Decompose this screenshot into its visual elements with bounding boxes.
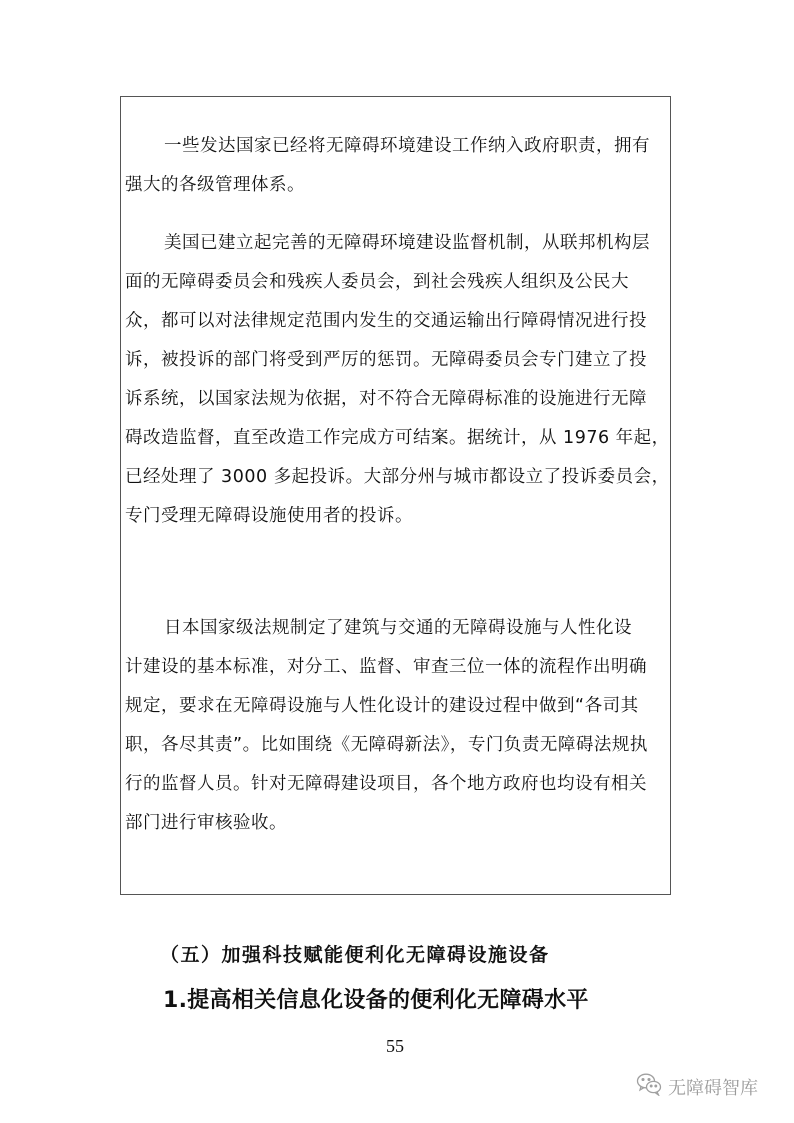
section-heading: （五）加强科技赋能便利化无障碍设施设备: [160, 940, 550, 967]
text-line: 诉，被投诉的部门将受到严厉的惩罚。无障碍委员会专门建立了投: [125, 341, 670, 380]
watermark: 无障碍智库: [636, 1072, 758, 1101]
text-line: 计建设的基本标准，对分工、监督、审查三位一体的流程作出明确: [125, 648, 670, 687]
text-line: 碍改造监督，直至改造工作完成方可结案。据统计，从 1976 年起，: [125, 419, 670, 458]
text-line: 职，各尽其责”。比如围绕《无障碍新法》，专门负责无障碍法规执: [125, 726, 670, 765]
text-line: 一些发达国家已经将无障碍环境建设工作纳入政府职责，拥有: [125, 127, 670, 166]
text-line: 专门受理无障碍设施使用者的投诉。: [125, 497, 670, 536]
text-line: 众，都可以对法律规定范围内发生的交通运输出行障碍情况进行投: [125, 302, 670, 341]
watermark-text: 无障碍智库: [668, 1074, 758, 1100]
text-line: 面的无障碍委员会和残疾人委员会，到社会残疾人组织及公民大: [125, 263, 670, 302]
paragraph-usa: 美国已建立起完善的无障碍环境建设监督机制，从联邦机构层 面的无障碍委员会和残疾人…: [125, 224, 670, 536]
text-line: 美国已建立起完善的无障碍环境建设监督机制，从联邦机构层: [125, 224, 670, 263]
text-line: 行的监督人员。针对无障碍建设项目，各个地方政府也均设有相关: [125, 765, 670, 804]
text-line: 部门进行审核验收。: [125, 804, 670, 843]
text-line: 规定，要求在无障碍设施与人性化设计的建设过程中做到“各司其: [125, 687, 670, 726]
text-line: 诉系统，以国家法规为依据，对不符合无障碍标准的设施进行无障: [125, 380, 670, 419]
wechat-icon: [636, 1072, 662, 1101]
page-number: 55: [386, 1036, 404, 1057]
subsection-heading: 1.提高相关信息化设备的便利化无障碍水平: [163, 983, 589, 1014]
text-line: 日本国家级法规制定了建筑与交通的无障碍设施与人性化设: [125, 609, 670, 648]
paragraph-developed-countries: 一些发达国家已经将无障碍环境建设工作纳入政府职责，拥有 强大的各级管理体系。: [125, 127, 670, 205]
text-line: 已经处理了 3000 多起投诉。大部分州与城市都设立了投诉委员会，: [125, 458, 670, 497]
paragraph-japan: 日本国家级法规制定了建筑与交通的无障碍设施与人性化设 计建设的基本标准，对分工、…: [125, 609, 670, 843]
text-line: 强大的各级管理体系。: [125, 166, 670, 205]
